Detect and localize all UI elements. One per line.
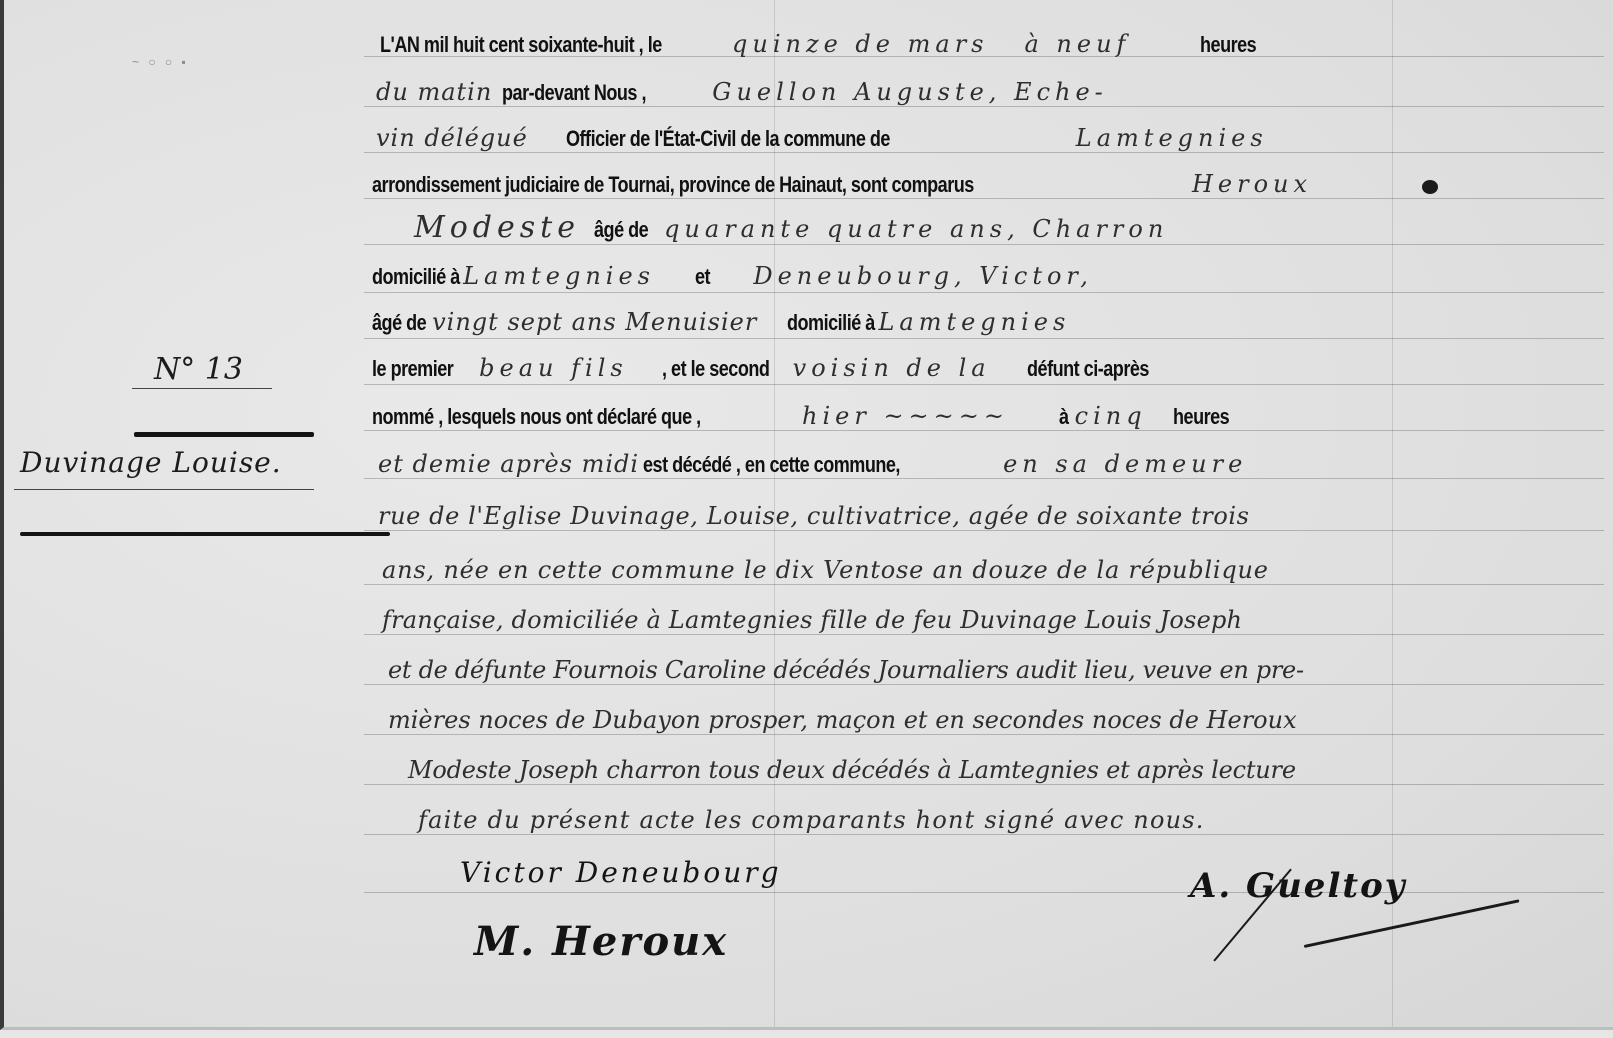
record-number-underline bbox=[132, 388, 272, 389]
handwritten-text: quinze de mars bbox=[732, 30, 988, 58]
name-underline bbox=[14, 489, 314, 490]
record-line-5: Modesteâgé dequarante quatre ans, Charro… bbox=[414, 214, 1168, 244]
signature-victor-deneubourg: Victor Deneubourg bbox=[460, 856, 782, 889]
record-line-13: française, domiciliée à Lamtegnies fille… bbox=[382, 606, 1242, 635]
printed-text: domicilié à bbox=[787, 309, 875, 337]
record-line-11: rue de l'Eglise Duvinage, Louise, cultiv… bbox=[378, 502, 1250, 531]
printed-text: arrondissement judiciaire de Tournai, pr… bbox=[372, 171, 1167, 199]
printed-text: par-devant Nous , bbox=[502, 79, 666, 107]
ink-blot bbox=[1422, 180, 1438, 194]
handwritten-text: Guellon Auguste, Eche- bbox=[712, 78, 1107, 106]
printed-text: est décédé , en cette commune, bbox=[643, 451, 987, 479]
record-line-1: L'AN mil huit cent soixante-huit , lequi… bbox=[380, 30, 1269, 59]
ruled-line bbox=[364, 892, 1604, 893]
printed-text: âgé de bbox=[372, 309, 426, 337]
handwritten-text: et demie après midi bbox=[378, 450, 639, 478]
printed-text: L'AN mil huit cent soixante-huit , le bbox=[380, 31, 675, 59]
signature-gueltoy: A. Gueltoy bbox=[1190, 866, 1407, 906]
handwritten-text: hier ~~~~~ bbox=[802, 402, 1009, 430]
printed-text: âgé de bbox=[594, 216, 648, 244]
printed-text: domicilié à bbox=[372, 263, 460, 291]
ruled-line bbox=[364, 384, 1604, 385]
handwritten-text: rue de l'Eglise Duvinage, Louise, cultiv… bbox=[378, 502, 1250, 530]
record-line-16: Modeste Joseph charron tous deux décédés… bbox=[408, 756, 1296, 785]
record-line-9: nommé , lesquels nous ont déclaré que ,h… bbox=[372, 402, 1241, 431]
handwritten-text: en sa demeure bbox=[1003, 450, 1247, 478]
handwritten-text: vin délégué bbox=[376, 124, 528, 152]
handwritten-text: Lamtegnies bbox=[878, 308, 1070, 336]
record-line-14: et de défunte Fournois Caroline décédés … bbox=[388, 656, 1304, 685]
printed-text: et bbox=[695, 263, 710, 291]
handwritten-text: quarante quatre ans, Charron bbox=[664, 215, 1168, 243]
record-line-3: vin déléguéOfficier de l'État-Civil de l… bbox=[376, 124, 1268, 153]
printed-text: le premier bbox=[372, 355, 453, 383]
handwritten-text: vingt sept ans Menuisier bbox=[432, 308, 757, 336]
faint-stamp: ~ ○ ○ ▪ bbox=[132, 55, 189, 69]
printed-text: heures bbox=[1200, 31, 1256, 59]
record-line-17: faite du présent acte les comparants hon… bbox=[418, 806, 1205, 835]
signature-flourish bbox=[1304, 899, 1520, 948]
handwritten-text: beau fils bbox=[479, 354, 628, 382]
printed-text: , et le second bbox=[662, 355, 769, 383]
record-line-10: et demie après midiest décédé , en cette… bbox=[378, 450, 1247, 479]
handwritten-text: mières noces de Dubayon prosper, maçon e… bbox=[388, 706, 1297, 734]
record-number: N° 13 bbox=[154, 352, 243, 387]
ruled-line bbox=[364, 338, 1604, 339]
margin-deceased-name: Duvinage Louise. bbox=[20, 446, 282, 479]
handwritten-text: à neuf bbox=[1024, 30, 1130, 58]
handwritten-text: Lamtegnies bbox=[1076, 124, 1268, 152]
handwritten-text: voisin de la bbox=[793, 354, 991, 382]
margin-end-bar bbox=[20, 532, 390, 536]
record-line-4: arrondissement judiciaire de Tournai, pr… bbox=[372, 170, 1312, 199]
handwritten-text: et de défunte Fournois Caroline décédés … bbox=[388, 656, 1304, 684]
handwritten-text: française, domiciliée à Lamtegnies fille… bbox=[382, 606, 1242, 634]
printed-text: à bbox=[1059, 403, 1069, 431]
handwritten-text: du matin bbox=[376, 78, 492, 106]
handwritten-text: Modeste Joseph charron tous deux décédés… bbox=[408, 756, 1296, 784]
printed-text: heures bbox=[1173, 403, 1229, 431]
record-line-12: ans, née en cette commune le dix Ventose… bbox=[382, 556, 1269, 585]
printed-text: Officier de l'État-Civil de la commune d… bbox=[566, 125, 976, 153]
handwritten-text: faite du présent acte les comparants hon… bbox=[418, 806, 1205, 834]
handwritten-text: Deneubourg, Victor, bbox=[753, 262, 1093, 290]
ruled-line bbox=[364, 292, 1604, 293]
handwritten-text: cinq bbox=[1075, 402, 1147, 430]
printed-text: défunt ci-après bbox=[1027, 355, 1149, 383]
margin-divider bbox=[134, 432, 314, 437]
handwritten-text: Lamtegnies bbox=[463, 262, 655, 290]
printed-text: nommé , lesquels nous ont déclaré que , bbox=[372, 403, 733, 431]
handwritten-text: Modeste bbox=[414, 214, 580, 242]
record-line-6: domicilié àLamtegniesetDeneubourg, Victo… bbox=[372, 262, 1093, 291]
signature-heroux: M. Heroux bbox=[474, 918, 728, 965]
handwritten-text: Heroux bbox=[1192, 170, 1312, 198]
record-line-7: âgé devingt sept ans Menuisierdomicilié … bbox=[372, 308, 1070, 337]
record-line-8: le premierbeau fils, et le secondvoisin … bbox=[372, 354, 1175, 383]
record-line-2: du matinpar-devant Nous ,Guellon Auguste… bbox=[376, 78, 1108, 107]
record-line-15: mières noces de Dubayon prosper, maçon e… bbox=[388, 706, 1297, 735]
document-page: ~ ○ ○ ▪ N° 13 Duvinage Louise. L'AN mil … bbox=[0, 0, 1613, 1030]
handwritten-text: ans, née en cette commune le dix Ventose… bbox=[382, 556, 1269, 584]
